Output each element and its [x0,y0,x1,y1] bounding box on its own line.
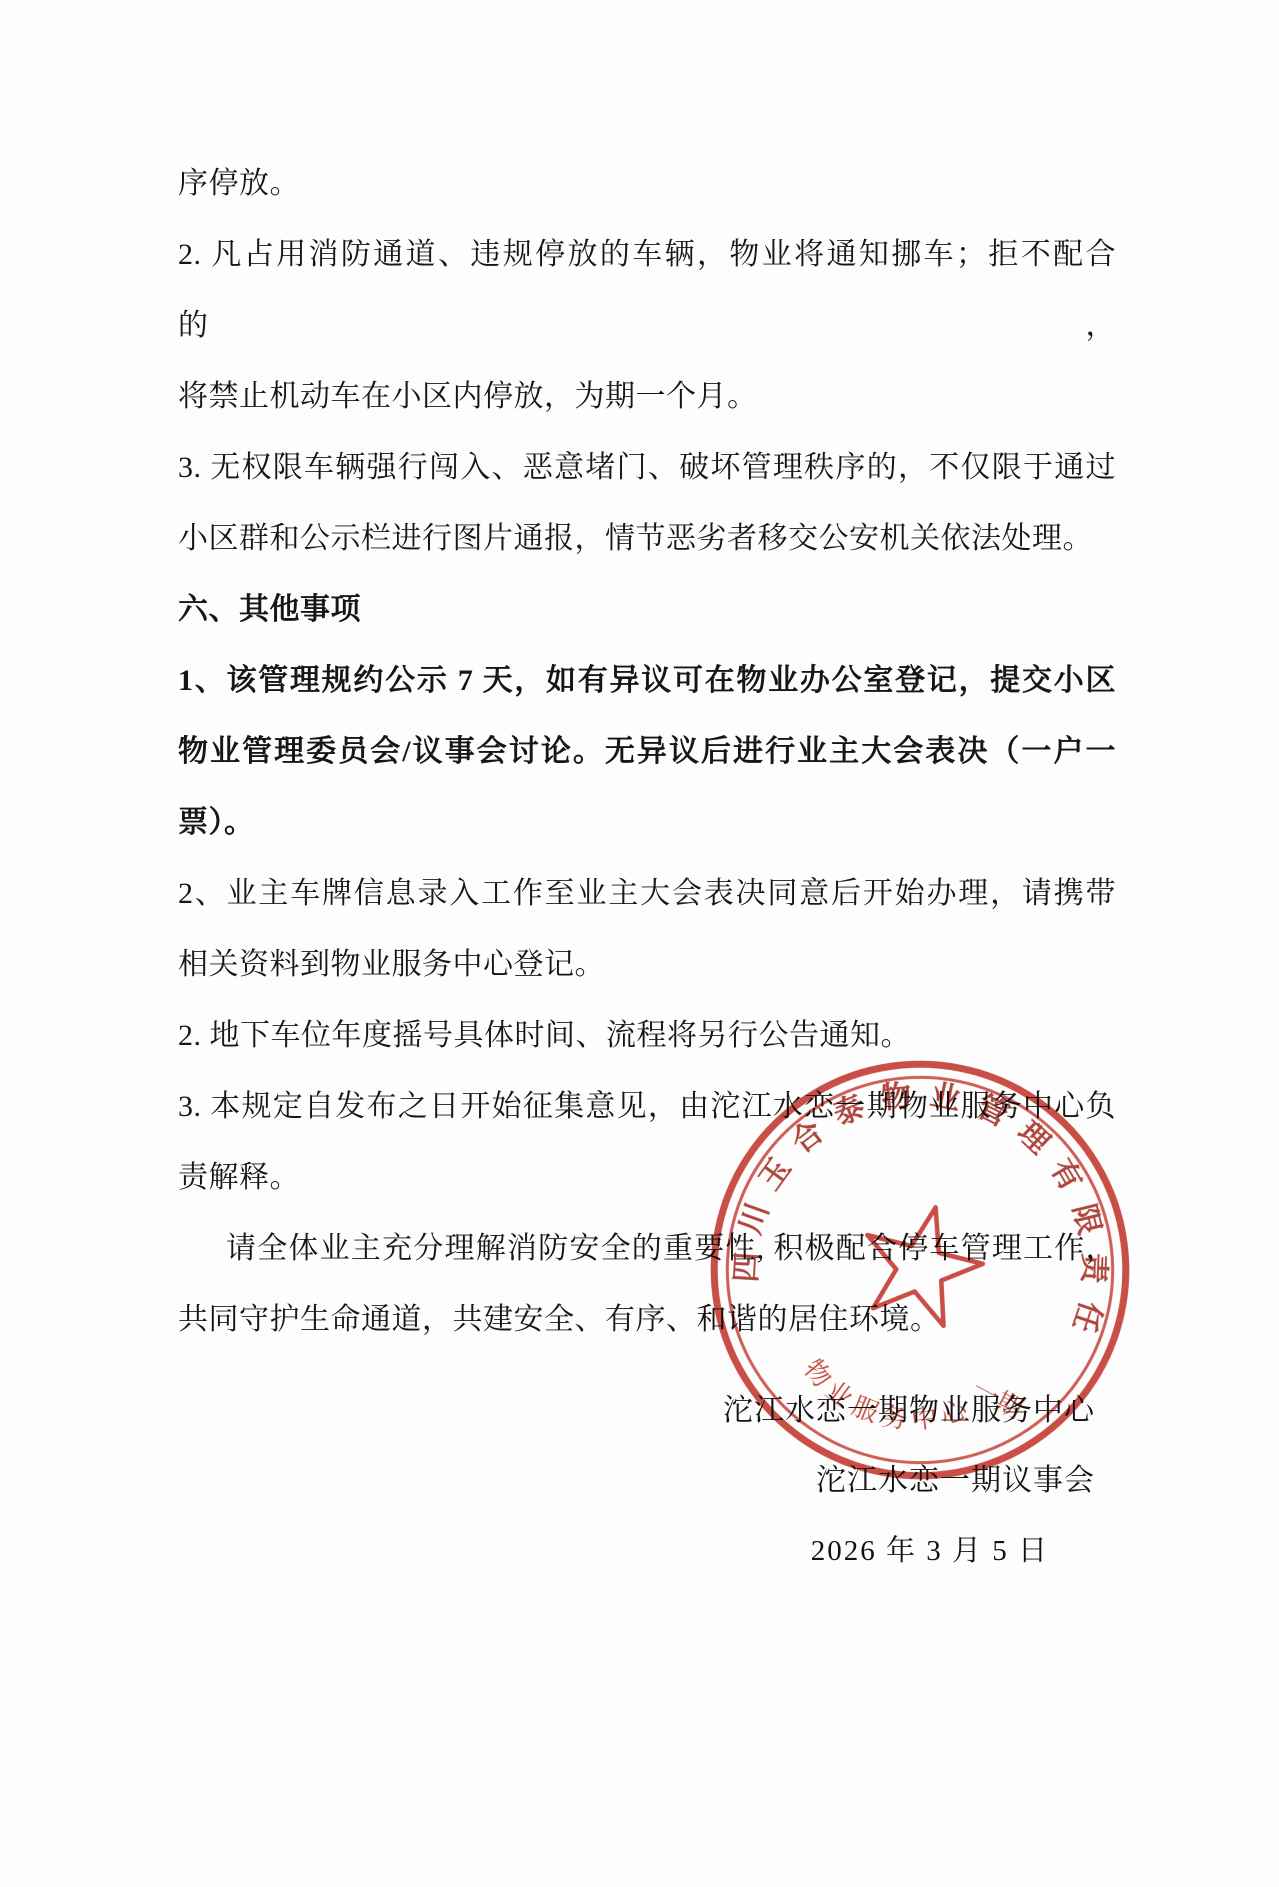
signature-date: 2026 年 3 月 5 日 [723,1516,1095,1586]
body-line: 3. 无权限车辆强行闯入、恶意堵门、破坏管理秩序的，不仅限于通过 [178,432,1116,503]
body-line: 小区群和公示栏进行图片通报，情节恶劣者移交公安机关依法处理。 [178,503,1116,574]
body-line: 3. 本规定自发布之日开始征集意见，由沱江水恋一期物业服务中心负 [178,1071,1116,1142]
body-line: 2、业主车牌信息录入工作至业主大会表决同意后开始办理，请携带 [178,858,1116,929]
body-line: 物业管理委员会/议事会讨论。无异议后进行业主大会表决（一户一 [178,716,1116,787]
notice-body: 序停放。2. 凡占用消防通道、违规停放的车辆，物业将通知挪车；拒不配合的，将禁止… [178,148,1116,1355]
signature-property-center: 沱江水恋一期物业服务中心 [723,1376,1095,1446]
document-page: 序停放。2. 凡占用消防通道、违规停放的车辆，物业将通知挪车；拒不配合的，将禁止… [0,0,1279,1887]
body-line: 六、其他事项 [178,574,1116,645]
body-line: 将禁止机动车在小区内停放，为期一个月。 [178,361,1116,432]
body-line: 共同守护生命通道，共建安全、有序、和谐的居住环境。 [178,1284,1116,1355]
signature-block: 沱江水恋一期物业服务中心 沱江水恋一期议事会 2026 年 3 月 5 日 [723,1376,1095,1586]
body-line: 责解释。 [178,1142,1116,1213]
body-line: 2. 凡占用消防通道、违规停放的车辆，物业将通知挪车；拒不配合的， [178,219,1116,361]
body-line: 2. 地下车位年度摇号具体时间、流程将另行公告通知。 [178,1000,1116,1071]
body-line: 相关资料到物业服务中心登记。 [178,929,1116,1000]
body-line: 请全体业主充分理解消防安全的重要性, 积极配合停车管理工作， [178,1213,1116,1284]
signature-council: 沱江水恋一期议事会 [723,1446,1095,1516]
body-line: 1、该管理规约公示 7 天，如有异议可在物业办公室登记，提交小区 [178,645,1116,716]
body-line: 票）。 [178,787,1116,858]
body-line: 序停放。 [178,148,1116,219]
